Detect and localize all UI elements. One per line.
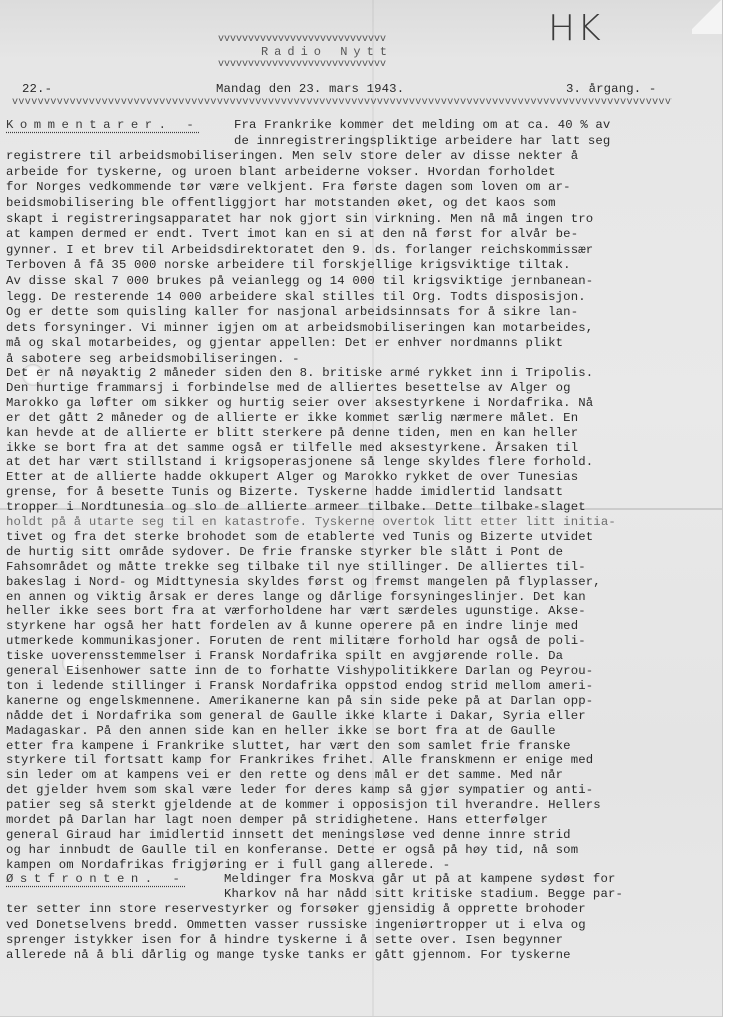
- paragraph-line: utmerkede kommunikasjoner. Foruten de re…: [6, 634, 586, 649]
- paragraph-line: ikke se bort fra at det samme også er ti…: [6, 441, 578, 456]
- paragraph-line: Marokko ga løfter om sikker og hurtig se…: [6, 396, 593, 411]
- paragraph-line: mordet på Darlan har lagt noen demper på…: [6, 813, 548, 828]
- paragraph-line: de hurtig sitt område sydover. De frie f…: [6, 545, 563, 560]
- masthead-border-bottom: vvvvvvvvvvvvvvvvvvvvvvvvvvvv: [218, 59, 436, 70]
- paragraph-line: Den hurtige frammarsj i forbindelse med …: [6, 381, 571, 396]
- document-page: HK vvvvvvvvvvvvvvvvvvvvvvvvvvvv Radio Ny…: [0, 0, 723, 1017]
- paragraph-line: Terboven å få 35 000 norske arbeidere ti…: [6, 258, 571, 273]
- paragraph-line: er det gått 2 måneder og de allierte er …: [6, 411, 578, 426]
- paragraph-line: legg. De resterende 14 000 arbeidere ska…: [6, 290, 586, 305]
- issue-date: Mandag den 23. mars 1943.: [216, 82, 404, 97]
- paragraph-line: ton i ledende stillinger i Fransk Nordaf…: [6, 679, 593, 694]
- paragraph-line: ter setter inn store reservestyrker og f…: [6, 902, 586, 917]
- paragraph-line: Fahsområdet og måtte trekke seg tilbake …: [6, 560, 586, 575]
- paragraph-line: Det er nå nøyaktig 2 måneder siden den 8…: [6, 366, 593, 381]
- paragraph-line: heller ikke sees bort fra at værforholde…: [6, 604, 586, 619]
- masthead-title: Radio Nytt: [218, 45, 436, 59]
- paragraph-line: tiske uoverensstemmelser i Fransk Nordaf…: [6, 649, 563, 664]
- paragraph-line: general Eisenhower satte inn de to forha…: [6, 664, 593, 679]
- paragraph-line: at kampen dermed er endt. Tvert imot kan…: [6, 227, 578, 242]
- paragraph-line: nådde det i Nordafrika som general de Ga…: [6, 709, 586, 724]
- paragraph-line: holdt på å utarte seg til en katastrofe.…: [6, 515, 616, 530]
- issue-volume: 3. årgang. -: [566, 82, 656, 97]
- paragraph-line: registrere til arbeidsmobiliseringen. Me…: [6, 149, 578, 164]
- separator-rule: vvvvvvvvvvvvvvvvvvvvvvvvvvvvvvvvvvvvvvvv…: [12, 98, 672, 108]
- paragraph-line: gynner. I et brev til Arbeidsdirektorate…: [6, 243, 593, 258]
- paragraph-line: Kharkov nå har nådd sitt kritiske stadiu…: [224, 887, 623, 902]
- paragraph-line: sin leder om at kampens vei er den rette…: [6, 768, 563, 783]
- paragraph-line: etter fra kampene i Frankrike sluttet, h…: [6, 739, 571, 754]
- paragraph-line: Og er dette som quisling kaller for nasj…: [6, 305, 578, 320]
- section-heading-kommentarer: Kommentarer. -: [6, 118, 200, 133]
- paragraph-line: dets forsyninger. Vi minner igjen om at …: [6, 321, 593, 336]
- paragraph-line: Madagaskar. På den annen side kan en hel…: [6, 724, 556, 739]
- paragraph-line: tropper i Nordtunesia og slo de allierte…: [6, 500, 586, 515]
- paragraph-line: skapt i registreringsapparatet har nok g…: [6, 212, 593, 227]
- folded-corner: [692, 0, 722, 34]
- paragraph-line: Meldinger fra Moskva går ut på at kampen…: [224, 872, 616, 887]
- handwritten-initials: HK: [548, 8, 603, 49]
- paragraph-line: å sabotere seg arbeidsmobiliseringen. -: [6, 352, 300, 367]
- masthead: vvvvvvvvvvvvvvvvvvvvvvvvvvvv Radio Nytt …: [218, 34, 436, 72]
- paragraph-line: Etter at de allierte hadde okkupert Alge…: [6, 470, 578, 485]
- issue-number: 22.-: [22, 82, 52, 97]
- paragraph-line: allerede nå å bli dårlig og mange tyske …: [6, 948, 571, 963]
- paragraph-line: Fra Frankrike kommer det melding om at c…: [234, 118, 610, 133]
- paragraph-line: for Norges vedkommende tør være velkjent…: [6, 180, 571, 195]
- paragraph-line: ved Donetselvens bredd. Ommetten vasser …: [6, 918, 586, 933]
- paragraph-line: arbeide for tyskerne, og uroen blant arb…: [6, 165, 556, 180]
- paragraph-line: general Giraud har imidlertid innsett de…: [6, 828, 571, 843]
- section-heading-ostfronten: Østfronten. -: [6, 872, 186, 887]
- paragraph-line: kampen om Nordafrikas frigjøring er i fu…: [6, 858, 450, 873]
- paragraph-line: det gjelder hvem som skal være leder for…: [6, 783, 593, 798]
- paragraph-line: sprenger istykker isen for å hindre tysk…: [6, 933, 563, 948]
- paragraph-line: patier seg så sterkt gjeldende at de kom…: [6, 798, 601, 813]
- paragraph-line: grense, for å besette Tunis og Bizerte. …: [6, 485, 563, 500]
- paragraph-line: må og skal motarbeides, og gjentar appel…: [6, 336, 563, 351]
- paragraph-line: styrkene har også her hatt fordelen av å…: [6, 619, 578, 634]
- paragraph-line: bakeslag i Nord- og Midttynesia skyldes …: [6, 575, 601, 590]
- paragraph-line: tivet og fra det sterke brohodet som de …: [6, 530, 593, 545]
- paragraph-line: Av disse skal 7 000 brukes på veianlegg …: [6, 274, 593, 289]
- paragraph-line: styrkere til fortsatt kamp for Frankrike…: [6, 753, 593, 768]
- paragraph-line: kan hevde at de allierte er blitt sterke…: [6, 426, 578, 441]
- paragraph-line: og har innbudt de Gaulle til en konferan…: [6, 843, 578, 858]
- paragraph-line: kanerne og engelskmennene. Amerikanerne …: [6, 694, 593, 709]
- paragraph-line: beidsmobilisering ble offentliggjort har…: [6, 196, 556, 211]
- paragraph-line: de innregistreringspliktige arbeidere ha…: [234, 134, 610, 149]
- masthead-border-top: vvvvvvvvvvvvvvvvvvvvvvvvvvvv: [218, 34, 436, 45]
- paragraph-line: en annen og viktig årsak er deres lange …: [6, 590, 586, 605]
- paragraph-line: at det har vært stillstand i krigsoperas…: [6, 455, 593, 470]
